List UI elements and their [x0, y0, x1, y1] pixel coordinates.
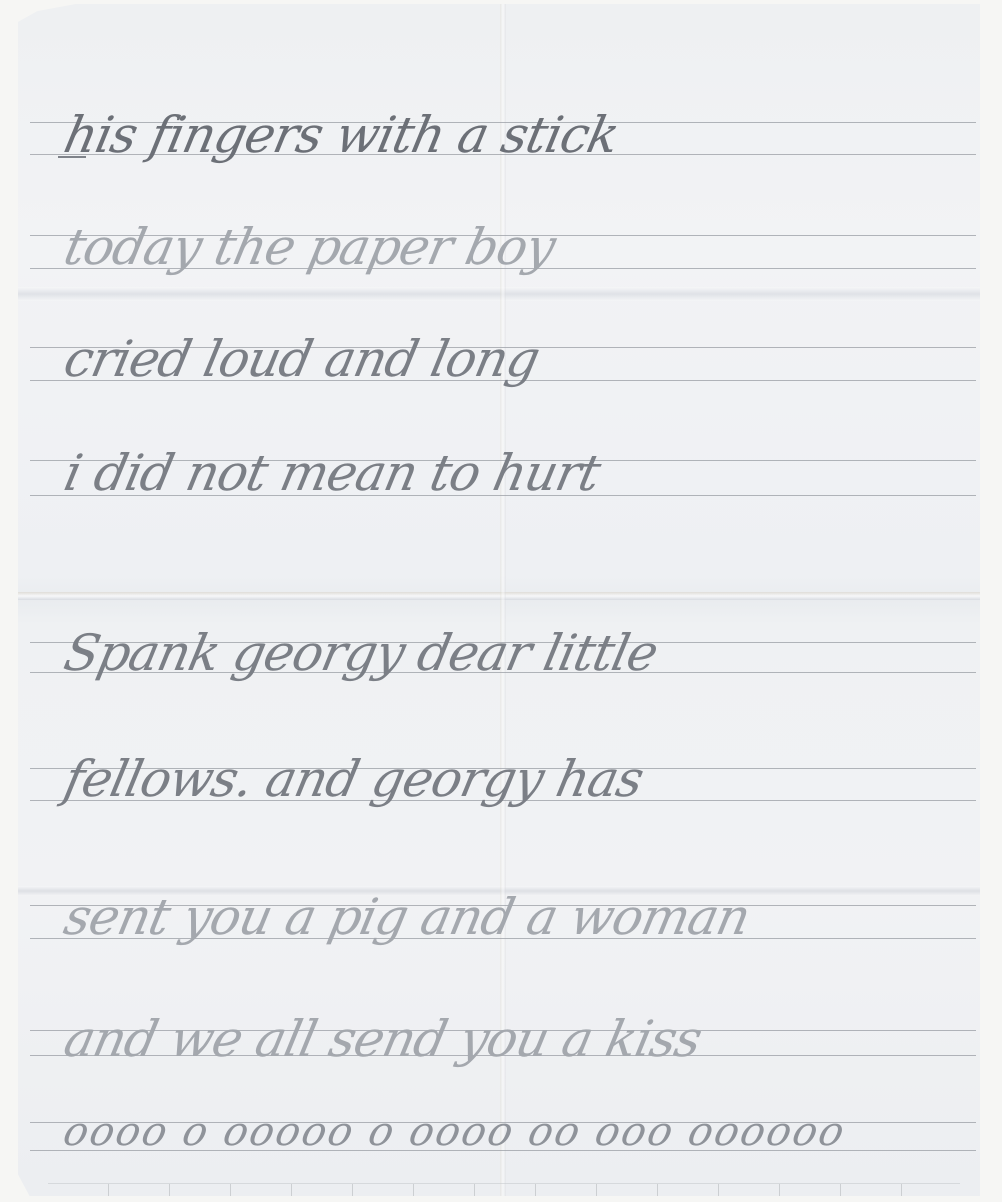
handwritten-ovals-row: oooo o ooooo o oooo oo ooo oooooo — [60, 1112, 979, 1152]
letter-paper: his fingers with a stick today the paper… — [18, 4, 980, 1196]
handwritten-line-3: cried loud and long — [60, 334, 981, 384]
bottom-edge-marks — [48, 1183, 960, 1196]
handwritten-line-7: sent you a pig and a woman — [60, 892, 981, 942]
handwritten-line-5: Spank georgy dear little — [60, 628, 981, 678]
handwritten-line-6: fellows. and georgy has — [60, 754, 981, 804]
scanned-letter: his fingers with a stick today the paper… — [0, 0, 1002, 1202]
paper-fold — [18, 592, 980, 600]
handwritten-line-8: and we all send you a kiss — [60, 1014, 981, 1064]
handwritten-line-1: his fingers with a stick — [60, 110, 981, 160]
handwritten-line-4: i did not mean to hurt — [60, 448, 981, 498]
paper-fold — [18, 287, 980, 301]
handwritten-line-2: today the paper boy — [60, 222, 981, 272]
